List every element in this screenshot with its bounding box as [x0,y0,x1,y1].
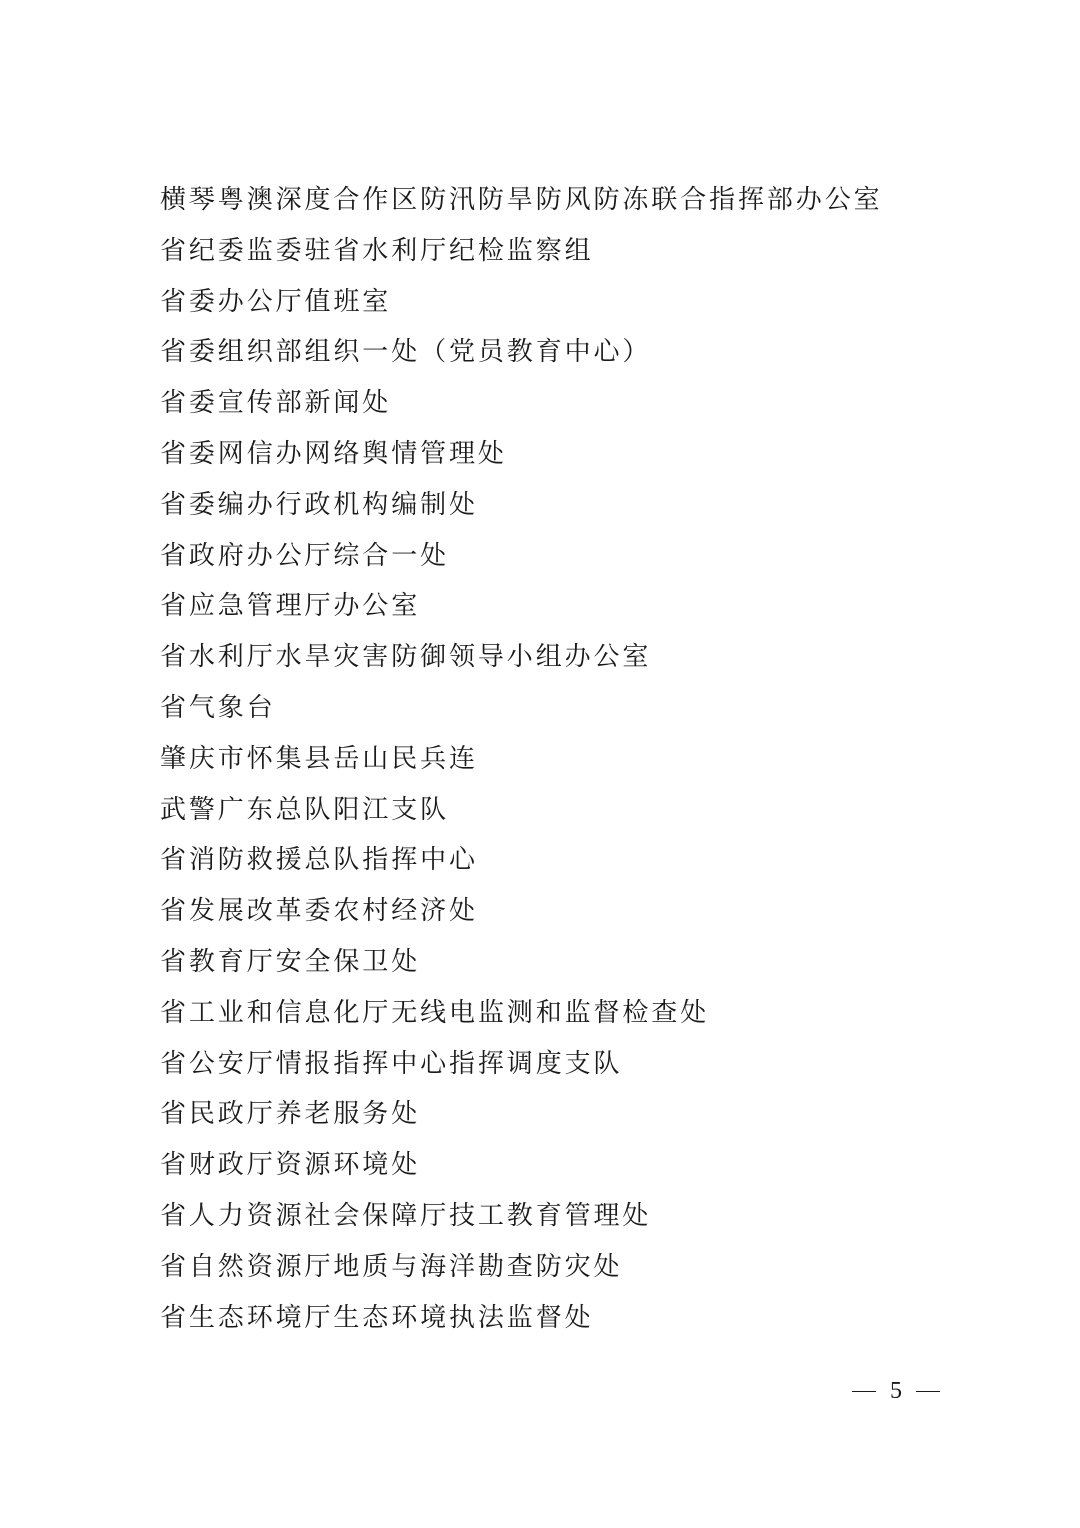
list-item: 省纪委监委驻省水利厅纪检监察组 [160,229,883,280]
list-item: 肇庆市怀集县岳山民兵连 [160,737,883,788]
list-item: 省水利厅水旱灾害防御领导小组办公室 [160,635,883,686]
list-item: 省委网信办网络舆情管理处 [160,432,883,483]
list-item: 省财政厅资源环境处 [160,1143,883,1194]
organization-list: 横琴粤澳深度合作区防汛防旱防风防冻联合指挥部办公室 省纪委监委驻省水利厅纪检监察… [160,178,883,1346]
document-page: 横琴粤澳深度合作区防汛防旱防风防冻联合指挥部办公室 省纪委监委驻省水利厅纪检监察… [0,0,1080,1528]
list-item: 省教育厅安全保卫处 [160,940,883,991]
list-item: 省委办公厅值班室 [160,280,883,331]
list-item: 省生态环境厅生态环境执法监督处 [160,1296,883,1347]
list-item: 省委宣传部新闻处 [160,381,883,432]
list-item: 省消防救援总队指挥中心 [160,838,883,889]
dash-right [916,1391,940,1392]
list-item: 省人力资源社会保障厅技工教育管理处 [160,1194,883,1245]
list-item: 省应急管理厅办公室 [160,584,883,635]
list-item: 武警广东总队阳江支队 [160,788,883,839]
page-number: 5 [852,1378,940,1405]
list-item: 省工业和信息化厅无线电监测和监督检查处 [160,991,883,1042]
list-item: 省发展改革委农村经济处 [160,889,883,940]
list-item: 横琴粤澳深度合作区防汛防旱防风防冻联合指挥部办公室 [160,178,883,229]
list-item: 省气象台 [160,686,883,737]
dash-left [852,1391,876,1392]
page-number-value: 5 [890,1378,902,1405]
list-item: 省委组织部组织一处（党员教育中心） [160,330,883,381]
list-item: 省民政厅养老服务处 [160,1092,883,1143]
list-item: 省公安厅情报指挥中心指挥调度支队 [160,1042,883,1093]
list-item: 省委编办行政机构编制处 [160,483,883,534]
list-item: 省自然资源厅地质与海洋勘查防灾处 [160,1245,883,1296]
list-item: 省政府办公厅综合一处 [160,534,883,585]
